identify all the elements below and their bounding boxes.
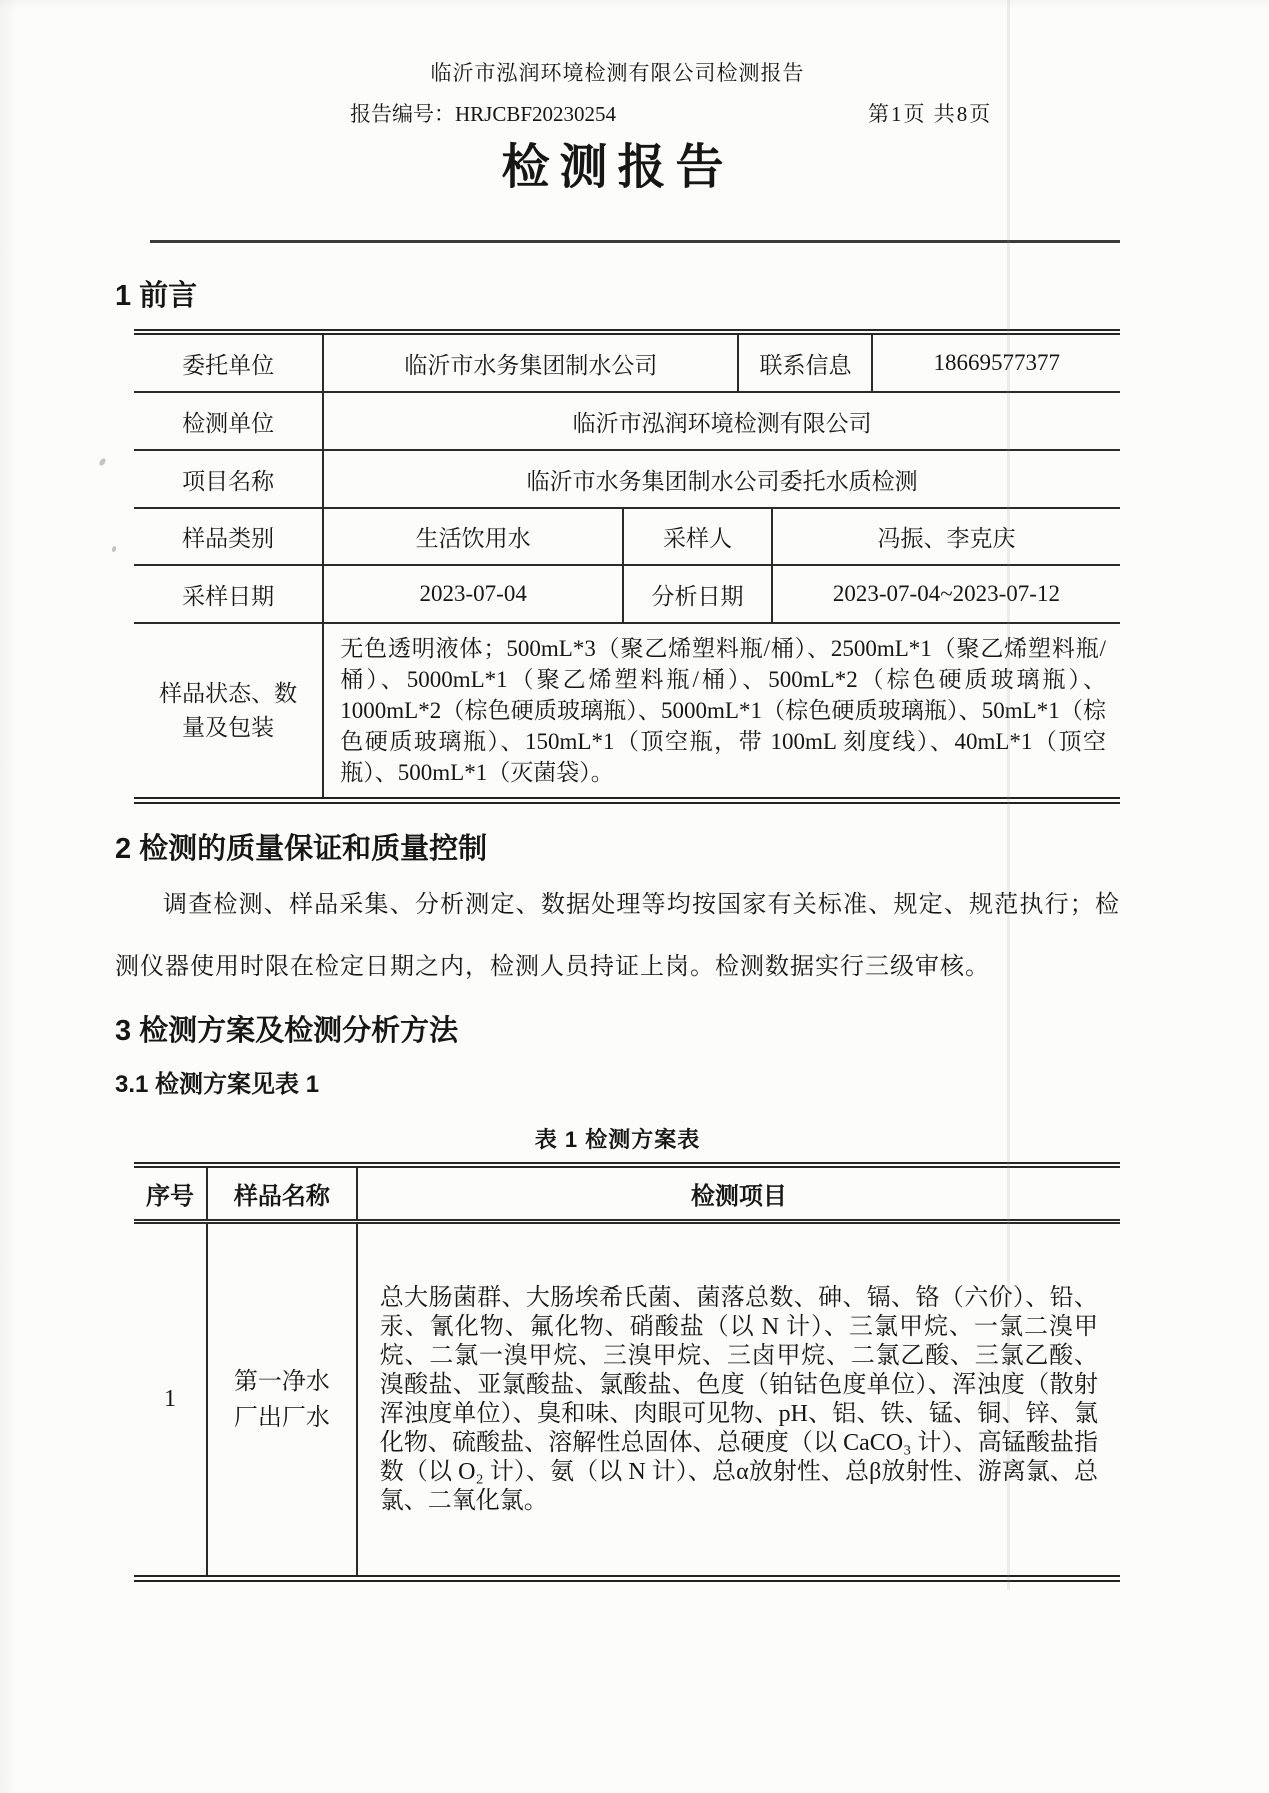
project-value: 临沂市水务集团制水公司委托水质检测 xyxy=(324,451,1120,507)
col-header-no: 序号 xyxy=(134,1168,208,1219)
table-row: 项目名称 临沂市水务集团制水公司委托水质检测 xyxy=(134,451,1120,509)
preface-section: 1 前言 委托单位 临沂市水务集团制水公司 联系信息 18669577377 检… xyxy=(115,279,1120,804)
sample-type-label: 样品类别 xyxy=(134,509,324,564)
report-number: 报告编号：HRJCBF20230254 xyxy=(350,98,616,128)
table-row: 检测单位 临沂市泓润环境检测有限公司 xyxy=(134,393,1120,451)
table-row: 样品状态、数量及包装 无色透明液体；500mL*3（聚乙烯塑料瓶/桶）、2500… xyxy=(134,624,1120,797)
project-label: 项目名称 xyxy=(134,451,324,507)
plan-table-data-row: 1 第一净水厂出厂水 总大肠菌群、大肠埃希氏菌、菌落总数、砷、镉、铬（六价）、铅… xyxy=(134,1224,1120,1575)
plan-heading: 3 检测方案及检测分析方法 xyxy=(115,1014,1120,1048)
row-no: 1 xyxy=(134,1224,208,1575)
plan-table-header-row: 序号 样品名称 检测项目 xyxy=(134,1168,1120,1224)
sampler-value: 冯振、李克庆 xyxy=(773,509,1120,564)
sample-type-value: 生活饮用水 xyxy=(324,509,624,564)
report-title: 检测报告 xyxy=(115,136,1120,200)
analysis-date-label: 分析日期 xyxy=(624,566,773,622)
lab-value: 临沂市泓润环境检测有限公司 xyxy=(324,393,1120,449)
sampling-date-label: 采样日期 xyxy=(134,566,324,622)
table-row: 采样日期 2023-07-04 分析日期 2023-07-04~2023-07-… xyxy=(134,566,1120,624)
scan-artifact-line xyxy=(1007,0,1010,1590)
title-divider xyxy=(150,240,1120,243)
scan-artifact-speck xyxy=(98,457,107,466)
row-items-text: 总大肠菌群、大肠埃希氏菌、菌落总数、砷、镉、铬（六价）、铅、汞、氰化物、氟化物、… xyxy=(380,1284,1098,1516)
sampling-date-value: 2023-07-04 xyxy=(324,566,624,622)
contact-value: 18669577377 xyxy=(873,335,1120,391)
analysis-date-value: 2023-07-04~2023-07-12 xyxy=(773,566,1120,622)
page-indicator: 第1页 共8页 xyxy=(868,98,992,128)
row-items: 总大肠菌群、大肠埃希氏菌、菌落总数、砷、镉、铬（六价）、铅、汞、氰化物、氟化物、… xyxy=(358,1224,1120,1575)
sample-state-value: 无色透明液体；500mL*3（聚乙烯塑料瓶/桶）、2500mL*1（聚乙烯塑料瓶… xyxy=(324,624,1120,797)
plan-section: 3 检测方案及检测分析方法 3.1 检测方案见表 1 表 1 检测方案表 序号 … xyxy=(115,1014,1120,1582)
quality-section: 2 检测的质量保证和质量控制 调查检测、样品采集、分析测定、数据处理等均按国家有… xyxy=(115,832,1120,998)
quality-heading: 2 检测的质量保证和质量控制 xyxy=(115,832,1120,866)
report-meta-row: 报告编号：HRJCBF20230254 第1页 共8页 xyxy=(115,98,1120,126)
table-row: 样品类别 生活饮用水 采样人 冯振、李克庆 xyxy=(134,509,1120,566)
plan-subheading: 3.1 检测方案见表 1 xyxy=(115,1070,1120,1100)
col-header-items: 检测项目 xyxy=(358,1168,1120,1219)
client-label: 委托单位 xyxy=(134,335,324,391)
sampler-label: 采样人 xyxy=(624,509,773,564)
col-header-sample: 样品名称 xyxy=(208,1168,358,1219)
table-row: 委托单位 临沂市水务集团制水公司 联系信息 18669577377 xyxy=(134,335,1120,393)
contact-label: 联系信息 xyxy=(739,335,873,391)
preface-table: 委托单位 临沂市水务集团制水公司 联系信息 18669577377 检测单位 临… xyxy=(134,329,1120,804)
company-header: 临沂市泓润环境检测有限公司检测报告 xyxy=(115,0,1120,86)
row-sample-name: 第一净水厂出厂水 xyxy=(208,1224,358,1575)
lab-label: 检测单位 xyxy=(134,393,324,449)
client-value: 临沂市水务集团制水公司 xyxy=(324,335,739,391)
quality-paragraph: 调查检测、样品采集、分析测定、数据处理等均按国家有关标准、规定、规范执行；检测仪… xyxy=(115,874,1120,998)
preface-heading: 1 前言 xyxy=(115,279,1120,313)
plan-table-caption: 表 1 检测方案表 xyxy=(115,1126,1120,1154)
plan-table: 序号 样品名称 检测项目 1 第一净水厂出厂水 总大肠菌群、大肠埃希氏菌、菌落总… xyxy=(134,1162,1120,1582)
sample-state-label: 样品状态、数量及包装 xyxy=(134,624,324,797)
report-page: 临沂市泓润环境检测有限公司检测报告 报告编号：HRJCBF20230254 第1… xyxy=(0,0,1269,1793)
